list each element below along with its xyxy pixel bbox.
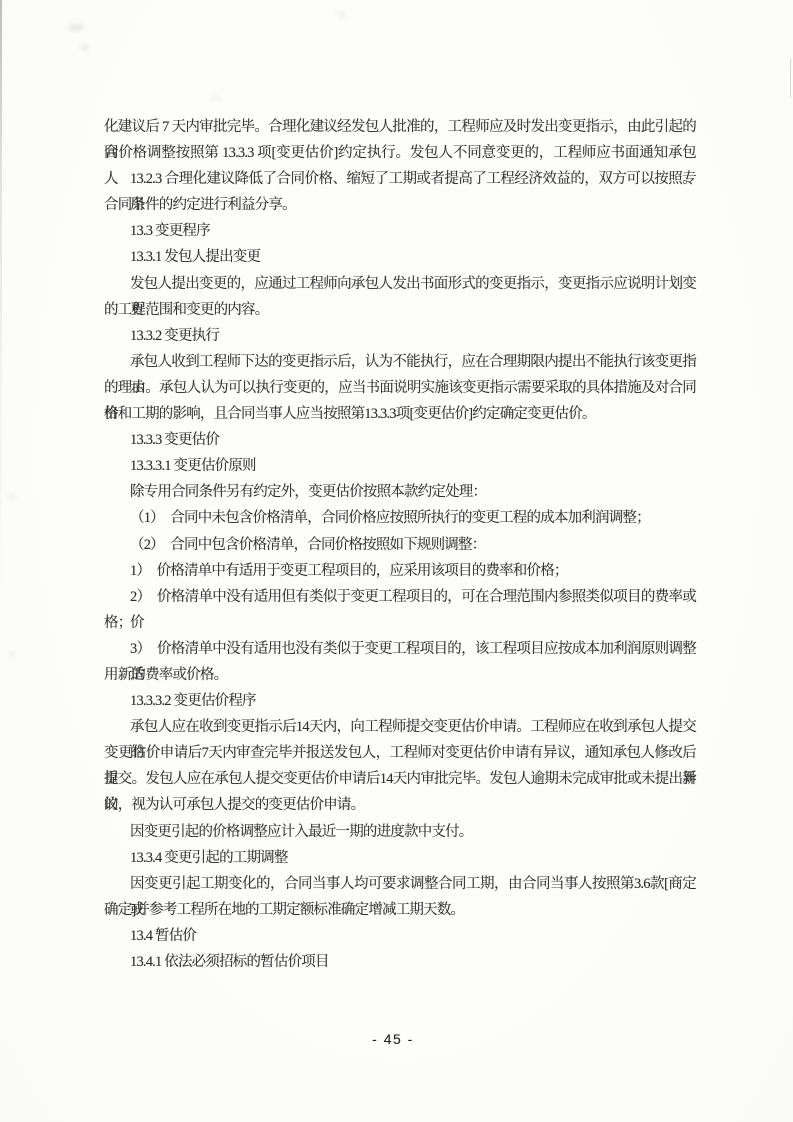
text-line-17: （2） 合同中包含价格清单，合同价格按照如下规则调整： bbox=[104, 532, 696, 558]
text-line-25: 变更估价申请后7天内审查完毕并报送发包人，工程师对变更估价申请有异议，通知承包人… bbox=[104, 740, 696, 766]
scan-smudge-artifact bbox=[8, 494, 16, 500]
text-line-14: 13.3.3.1 变更估价原则 bbox=[104, 453, 696, 479]
text-line-13: 13.3.3 变更估价 bbox=[104, 427, 696, 453]
text-line-4: 合同条件的约定进行利益分享。 bbox=[104, 192, 696, 218]
text-line-5: 13.3 变更程序 bbox=[104, 218, 696, 244]
scan-smudge-artifact bbox=[8, 652, 16, 657]
text-line-1: 化建议后 7 天内审批完毕。合理化建议经发包人批准的，工程师应及时发出变更指示，… bbox=[104, 114, 696, 140]
scan-edge-artifact-left bbox=[0, 0, 2, 620]
text-line-24: 承包人应在收到变更指示后14天内，向工程师提交变更估价申请。工程师应在收到承包人… bbox=[104, 714, 696, 740]
scan-smudge-artifact bbox=[210, 96, 222, 101]
text-line-8: 的工程范围和变更的内容。 bbox=[104, 297, 696, 323]
text-line-27: 的，视为认可承包人提交的变更估价申请。 bbox=[104, 792, 696, 818]
text-line-11: 的理由。承包人认为可以执行变更的，应当书面说明实施该变更指示需要采取的具体措施及… bbox=[104, 375, 696, 401]
text-line-21: 3） 价格清单中没有适用也没有类似于变更工程项目的，该工程项目应按成本加利润原则… bbox=[104, 636, 696, 662]
document-text-block: 化建议后 7 天内审批完毕。合理化建议经发包人批准的，工程师应及时发出变更指示，… bbox=[104, 114, 696, 975]
text-line-19: 2） 价格清单中没有适用但有类似于变更工程项目的，可在合理范围内参照类似项目的费… bbox=[104, 584, 696, 610]
text-line-10: 承包人收到工程师下达的变更指示后，认为不能执行，应在合理期限内提出不能执行该变更… bbox=[104, 349, 696, 375]
text-line-9: 13.3.2 变更执行 bbox=[104, 323, 696, 349]
text-line-28: 因变更引起的价格调整应计入最近一期的进度款中支付。 bbox=[104, 819, 696, 845]
text-line-12: 格和工期的影响，且合同当事人应当按照第13.3.3项[变更估价]约定确定变更估价… bbox=[104, 401, 696, 427]
text-line-33: 13.4.1 依法必须招标的暂估价项目 bbox=[104, 949, 696, 975]
text-line-31: 确定]并参考工程所在地的工期定额标准确定增减工期天数。 bbox=[104, 897, 696, 923]
scan-smudge-artifact bbox=[68, 24, 84, 31]
text-line-3: 13.2.3 合理化建议降低了合同价格、缩短了工期或者提高了工程经济效益的，双方… bbox=[104, 166, 696, 192]
text-line-23: 13.3.3.2 变更估价程序 bbox=[104, 688, 696, 714]
text-line-7: 发包人提出变更的，应通过工程师向承包人发出书面形式的变更指示，变更指示应说明计划… bbox=[104, 271, 696, 297]
scan-edge-artifact-right bbox=[790, 58, 791, 98]
scan-smudge-artifact bbox=[80, 44, 89, 50]
text-line-29: 13.3.4 变更引起的工期调整 bbox=[104, 845, 696, 871]
text-line-20: 格； bbox=[104, 610, 696, 636]
text-line-15: 除专用合同条件另有约定外，变更估价按照本款约定处理： bbox=[104, 479, 696, 505]
page-number: - 45 - bbox=[0, 1031, 786, 1047]
text-line-18: 1） 价格清单中有适用于变更工程项目的，应采用该项目的费率和价格； bbox=[104, 558, 696, 584]
scan-smudge-artifact bbox=[336, 12, 346, 17]
text-line-22: 用新的费率或价格。 bbox=[104, 662, 696, 688]
text-line-30: 因变更引起工期变化的，合同当事人均可要求调整合同工期，由合同当事人按照第3.6款… bbox=[104, 871, 696, 897]
text-line-26: 提交。发包人应在承包人提交变更估价申请后14天内审批完毕。发包人逾期未完成审批或… bbox=[104, 766, 696, 792]
text-line-6: 13.3.1 发包人提出变更 bbox=[104, 244, 696, 270]
text-line-32: 13.4 暂估价 bbox=[104, 923, 696, 949]
text-line-16: （1） 合同中未包含价格清单，合同价格应按照所执行的变更工程的成本加利润调整； bbox=[104, 505, 696, 531]
text-line-2: 同价格调整按照第 13.3.3 项[变更估价]约定执行。发包人不同意变更的，工程… bbox=[104, 140, 696, 166]
document-page: 化建议后 7 天内审批完毕。合理化建议经发包人批准的，工程师应及时发出变更指示，… bbox=[0, 0, 793, 1122]
